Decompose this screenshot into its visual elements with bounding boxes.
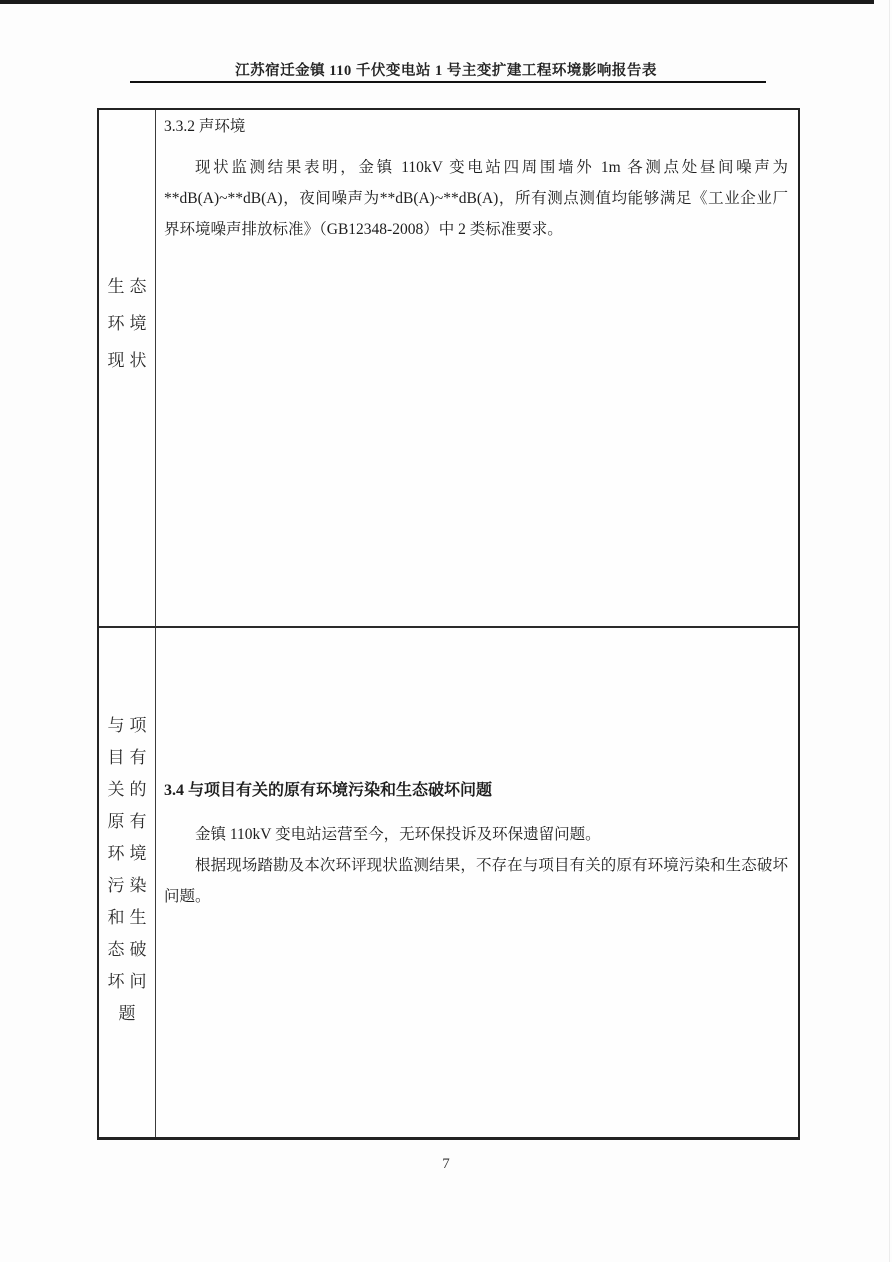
scan-edge-artifact — [0, 0, 874, 4]
document-header-title: 江苏宿迁金镇 110 千伏变电站 1 号主变扩建工程环境影响报告表 — [0, 59, 892, 80]
vertical-label-block: 与项 目有 关的 原有 环境 污染 和生 态破 坏问 题 — [99, 628, 155, 1030]
paragraph-noise-monitoring-result: 现状监测结果表明，金镇 110kV 变电站四周围墙外 1m 各测点处昼间噪声为*… — [164, 152, 788, 245]
label-line: 坏问 — [99, 966, 155, 998]
label-line: 环境 — [99, 838, 155, 870]
paragraph-site-survey-conclusion: 根据现场踏勘及本次环评现状监测结果，不存在与项目有关的原有环境污染和生态破坏问题… — [164, 850, 788, 912]
row-label-ecological-environment-status: 生态 环境 现状 — [99, 110, 156, 628]
cell-ecological-status-content: 3.3.2 声环境 现状监测结果表明，金镇 110kV 变电站四周围墙外 1m … — [156, 110, 798, 628]
label-line: 原有 — [99, 806, 155, 838]
label-line: 现状 — [99, 342, 155, 379]
paragraph-no-complaints: 金镇 110kV 变电站运营至今，无环保投诉及环保遗留问题。 — [164, 819, 788, 850]
scan-right-edge-line — [889, 0, 890, 1262]
label-line: 环境 — [99, 305, 155, 342]
row-label-existing-pollution-issues: 与项 目有 关的 原有 环境 污染 和生 态破 坏问 题 — [99, 628, 156, 1137]
label-line: 与项 — [99, 710, 155, 742]
report-table: 生态 环境 现状 3.3.2 声环境 现状监测结果表明，金镇 110kV 变电站… — [97, 108, 800, 1140]
label-line: 态破 — [99, 934, 155, 966]
label-line: 生态 — [99, 268, 155, 305]
section-heading-3-3-2: 3.3.2 声环境 — [164, 115, 788, 139]
label-line: 目有 — [99, 742, 155, 774]
cell-existing-pollution-content: 3.4 与项目有关的原有环境污染和生态破坏问题 金镇 110kV 变电站运营至今… — [156, 628, 798, 1137]
label-line: 和生 — [99, 902, 155, 934]
label-line: 污染 — [99, 870, 155, 902]
label-line: 关的 — [99, 774, 155, 806]
document-page: 江苏宿迁金镇 110 千伏变电站 1 号主变扩建工程环境影响报告表 生态 环境 … — [0, 0, 892, 1262]
label-line: 题 — [99, 998, 155, 1030]
header-divider-rule — [130, 81, 766, 83]
section-heading-3-4: 3.4 与项目有关的原有环境污染和生态破坏问题 — [164, 777, 788, 805]
vertical-label-block: 生态 环境 现状 — [99, 110, 155, 379]
page-number: 7 — [0, 1156, 892, 1173]
